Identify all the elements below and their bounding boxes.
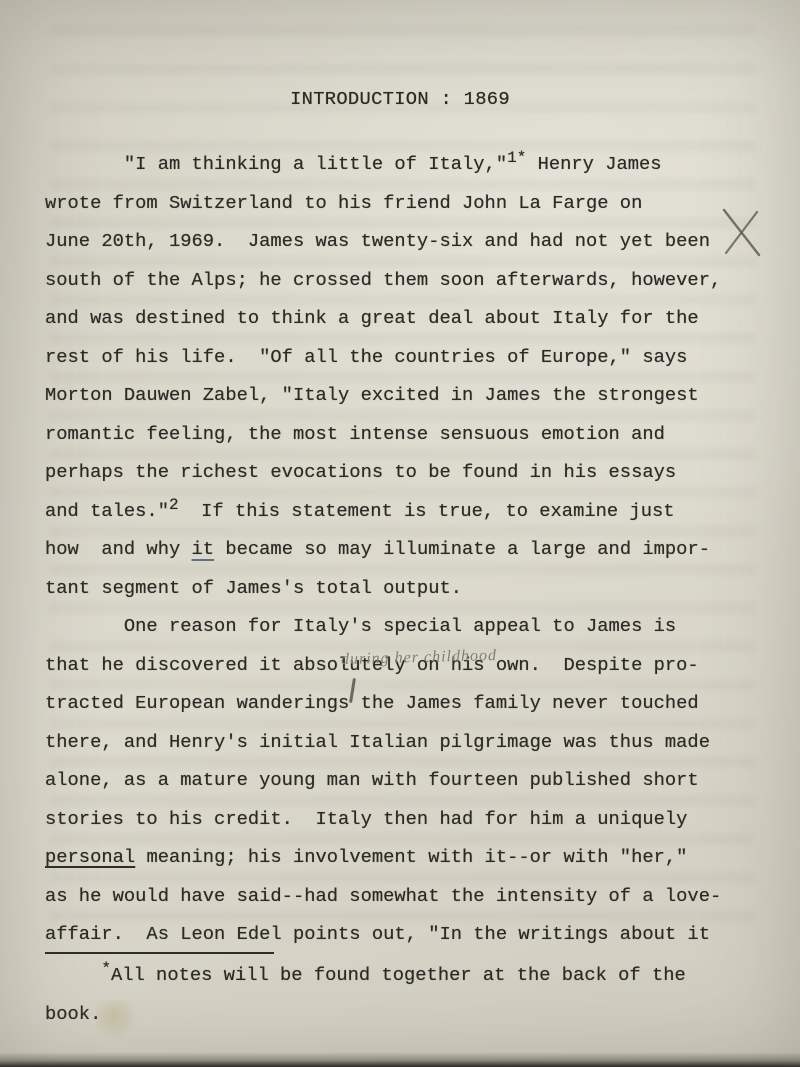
typed-line: rest of his life. "Of all the countries …	[45, 338, 721, 377]
x-mark-icon	[719, 207, 765, 259]
typed-line: how and why it became so may illuminate …	[45, 530, 721, 569]
text-segment: meaning; his involvement with it--or wit…	[135, 846, 687, 868]
typed-line: One reason for Italy's special appeal to…	[45, 607, 721, 646]
text-segment: how and why	[45, 538, 192, 560]
typed-line: book.	[45, 1002, 686, 1041]
footnote-divider	[45, 952, 274, 954]
text-segment: became so may illuminate a large and imp…	[214, 538, 710, 560]
typed-line: south of the Alps; he crossed them soon …	[45, 261, 721, 300]
text-segment: tracted European wanderings the James fa…	[45, 692, 699, 714]
typed-line: and tales."2 If this statement is true, …	[45, 492, 721, 531]
text-segment: and was destined to think a great deal a…	[45, 307, 699, 329]
page-title: INTRODUCTION : 1869	[0, 88, 800, 110]
text-segment: "I am thinking a little of Italy,"	[45, 153, 507, 175]
text-segment: perhaps the richest evocations to be fou…	[45, 461, 676, 483]
text-segment: If this statement is true, to examine ju…	[179, 500, 675, 522]
text-segment: affair. As Leon Edel points out, "In the…	[45, 923, 710, 945]
text-segment: June 20th, 1969. James was twenty-six an…	[45, 230, 710, 252]
typed-line: "I am thinking a little of Italy,"1* Hen…	[45, 145, 721, 184]
typed-line: tant segment of James's total output.	[45, 569, 721, 608]
typed-line: alone, as a mature young man with fourte…	[45, 761, 721, 800]
photo-bottom-edge	[0, 1052, 800, 1067]
text-segment: alone, as a mature young man with fourte…	[45, 769, 699, 791]
text-segment: romantic feeling, the most intense sensu…	[45, 423, 665, 445]
text-segment	[45, 964, 101, 986]
typed-underline-segment: personal	[45, 846, 135, 868]
footnote-text: *All notes will be found together at the…	[45, 963, 686, 1040]
typed-line: tracted European wanderings the James fa…	[45, 684, 721, 723]
text-segment: Henry James	[526, 153, 661, 175]
margin-x-mark: X	[719, 207, 765, 264]
typed-line: *All notes will be found together at the…	[45, 963, 686, 1002]
typed-line: romantic feeling, the most intense sensu…	[45, 415, 721, 454]
typed-line: there, and Henry's initial Italian pilgr…	[45, 723, 721, 762]
typed-line: and was destined to think a great deal a…	[45, 299, 721, 338]
typed-line: as he would have said--had somewhat the …	[45, 877, 721, 916]
sup-segment: 1*	[507, 149, 526, 167]
pencil-underline-segment: it	[192, 538, 215, 560]
text-segment: tant segment of James's total output.	[45, 577, 462, 599]
manuscript-page-photo: INTRODUCTION : 1869 "I am thinking a lit…	[0, 0, 800, 1067]
text-segment: Morton Dauwen Zabel, "Italy excited in J…	[45, 384, 699, 406]
text-segment: wrote from Switzerland to his friend Joh…	[45, 192, 642, 214]
text-segment: book.	[45, 1003, 101, 1025]
text-segment: All notes will be found together at the …	[111, 964, 686, 986]
typed-line: personal meaning; his involvement with i…	[45, 838, 721, 877]
text-segment: stories to his credit. Italy then had fo…	[45, 808, 687, 830]
typed-line: perhaps the richest evocations to be fou…	[45, 453, 721, 492]
text-segment: One reason for Italy's special appeal to…	[45, 615, 676, 637]
typed-body: "I am thinking a little of Italy,"1* Hen…	[45, 145, 721, 954]
text-segment: and tales."	[45, 500, 169, 522]
typed-line: June 20th, 1969. James was twenty-six an…	[45, 222, 721, 261]
text-segment: there, and Henry's initial Italian pilgr…	[45, 731, 710, 753]
sup-segment: 2	[169, 496, 179, 514]
text-segment: rest of his life. "Of all the countries …	[45, 346, 687, 368]
typed-line: affair. As Leon Edel points out, "In the…	[45, 915, 721, 954]
text-segment: as he would have said--had somewhat the …	[45, 885, 721, 907]
text-segment: south of the Alps; he crossed them soon …	[45, 269, 721, 291]
typed-line: stories to his credit. Italy then had fo…	[45, 800, 721, 839]
sup-segment: *	[101, 960, 111, 978]
typed-line: wrote from Switzerland to his friend Joh…	[45, 184, 721, 223]
typed-line: Morton Dauwen Zabel, "Italy excited in J…	[45, 376, 721, 415]
